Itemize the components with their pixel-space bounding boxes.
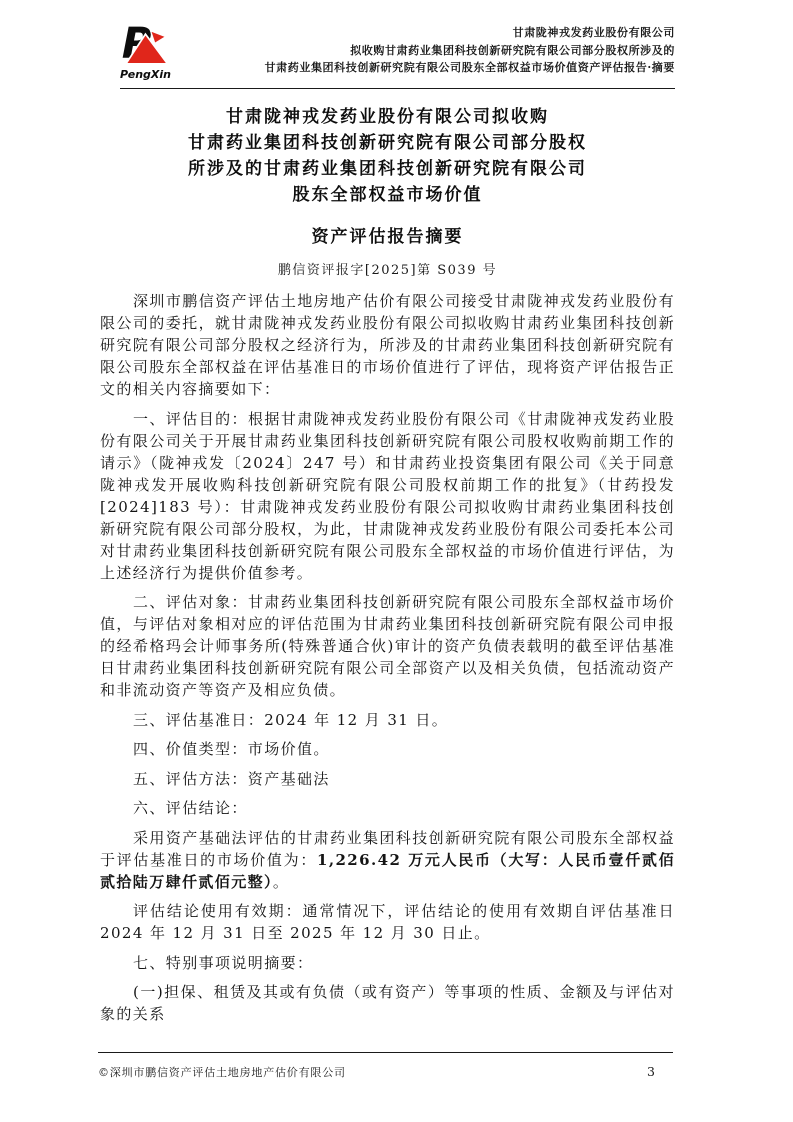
report-body: 深圳市鹏信资产评估土地房地产估价有限公司接受甘肃陇神戎发药业股份有限公司的委托，… (100, 290, 675, 1025)
header-line-1: 甘肃陇神戎发药业股份有限公司 (265, 24, 675, 42)
header-divider (120, 88, 675, 89)
report-content: 甘肃陇神戎发药业股份有限公司拟收购 甘肃药业集团科技创新研究院有限公司部分股权 … (100, 96, 675, 1033)
report-number: 鹏信资评报字[2025]第 S039 号 (100, 259, 675, 278)
title-line-1: 甘肃陇神戎发药业股份有限公司拟收购 (100, 104, 675, 130)
paragraph-intro: 深圳市鹏信资产评估土地房地产估价有限公司接受甘肃陇神戎发药业股份有限公司的委托，… (100, 290, 675, 400)
company-logo: R PengXin (120, 22, 184, 81)
logo-wordmark: PengXin (120, 68, 184, 81)
footer-page-number: 3 (647, 1064, 675, 1079)
paragraph-object: 二、评估对象：甘肃药业集团科技创新研究院有限公司股东全部权益市场价值，与评估对象… (100, 591, 675, 701)
page-header: R PengXin 甘肃陇神戎发药业股份有限公司 拟收购甘肃药业集团科技创新研究… (100, 20, 675, 86)
paragraph-method: 五、评估方法：资产基础法 (100, 768, 675, 790)
header-running-title: 甘肃陇神戎发药业股份有限公司 拟收购甘肃药业集团科技创新研究院有限公司部分股权所… (265, 24, 675, 77)
paragraph-special-label: 七、特别事项说明摘要： (100, 952, 675, 974)
title-line-4: 股东全部权益市场价值 (100, 182, 675, 208)
footer-divider (98, 1052, 673, 1053)
page-footer: ©深圳市鹏信资产评估土地房地产估价有限公司 3 (98, 1064, 675, 1080)
paragraph-value-type: 四、价值类型：市场价值。 (100, 738, 675, 760)
conclusion-suffix: 。 (273, 873, 289, 891)
header-line-3: 甘肃药业集团科技创新研究院有限公司股东全部权益市场价值资产评估报告·摘要 (265, 59, 675, 77)
paragraph-base-date: 三、评估基准日：2024 年 12 月 31 日。 (100, 709, 675, 731)
footer-copyright: ©深圳市鹏信资产评估土地房地产估价有限公司 (98, 1064, 346, 1080)
report-subtitle: 资产评估报告摘要 (100, 222, 675, 247)
header-line-2: 拟收购甘肃药业集团科技创新研究院有限公司部分股权所涉及的 (265, 42, 675, 60)
title-line-2: 甘肃药业集团科技创新研究院有限公司部分股权 (100, 130, 675, 156)
report-title: 甘肃陇神戎发药业股份有限公司拟收购 甘肃药业集团科技创新研究院有限公司部分股权 … (100, 104, 675, 208)
paragraph-conclusion: 采用资产基础法评估的甘肃药业集团科技创新研究院有限公司股东全部权益于评估基准日的… (100, 827, 675, 893)
pengxin-logo-icon: R (120, 22, 176, 70)
paragraph-special-item1: (一)担保、租赁及其或有负债（或有资产）等事项的性质、金额及与评估对象的关系 (100, 981, 675, 1025)
paragraph-purpose: 一、评估目的：根据甘肃陇神戎发药业股份有限公司《甘肃陇神戎发药业股份有限公司关于… (100, 408, 675, 584)
title-line-3: 所涉及的甘肃药业集团科技创新研究院有限公司 (100, 156, 675, 182)
document-page: R PengXin 甘肃陇神戎发药业股份有限公司 拟收购甘肃药业集团科技创新研究… (0, 0, 793, 1122)
paragraph-conclusion-label: 六、评估结论： (100, 797, 675, 819)
paragraph-validity: 评估结论使用有效期：通常情况下，评估结论的使用有效期自评估基准日 2024 年 … (100, 900, 675, 944)
